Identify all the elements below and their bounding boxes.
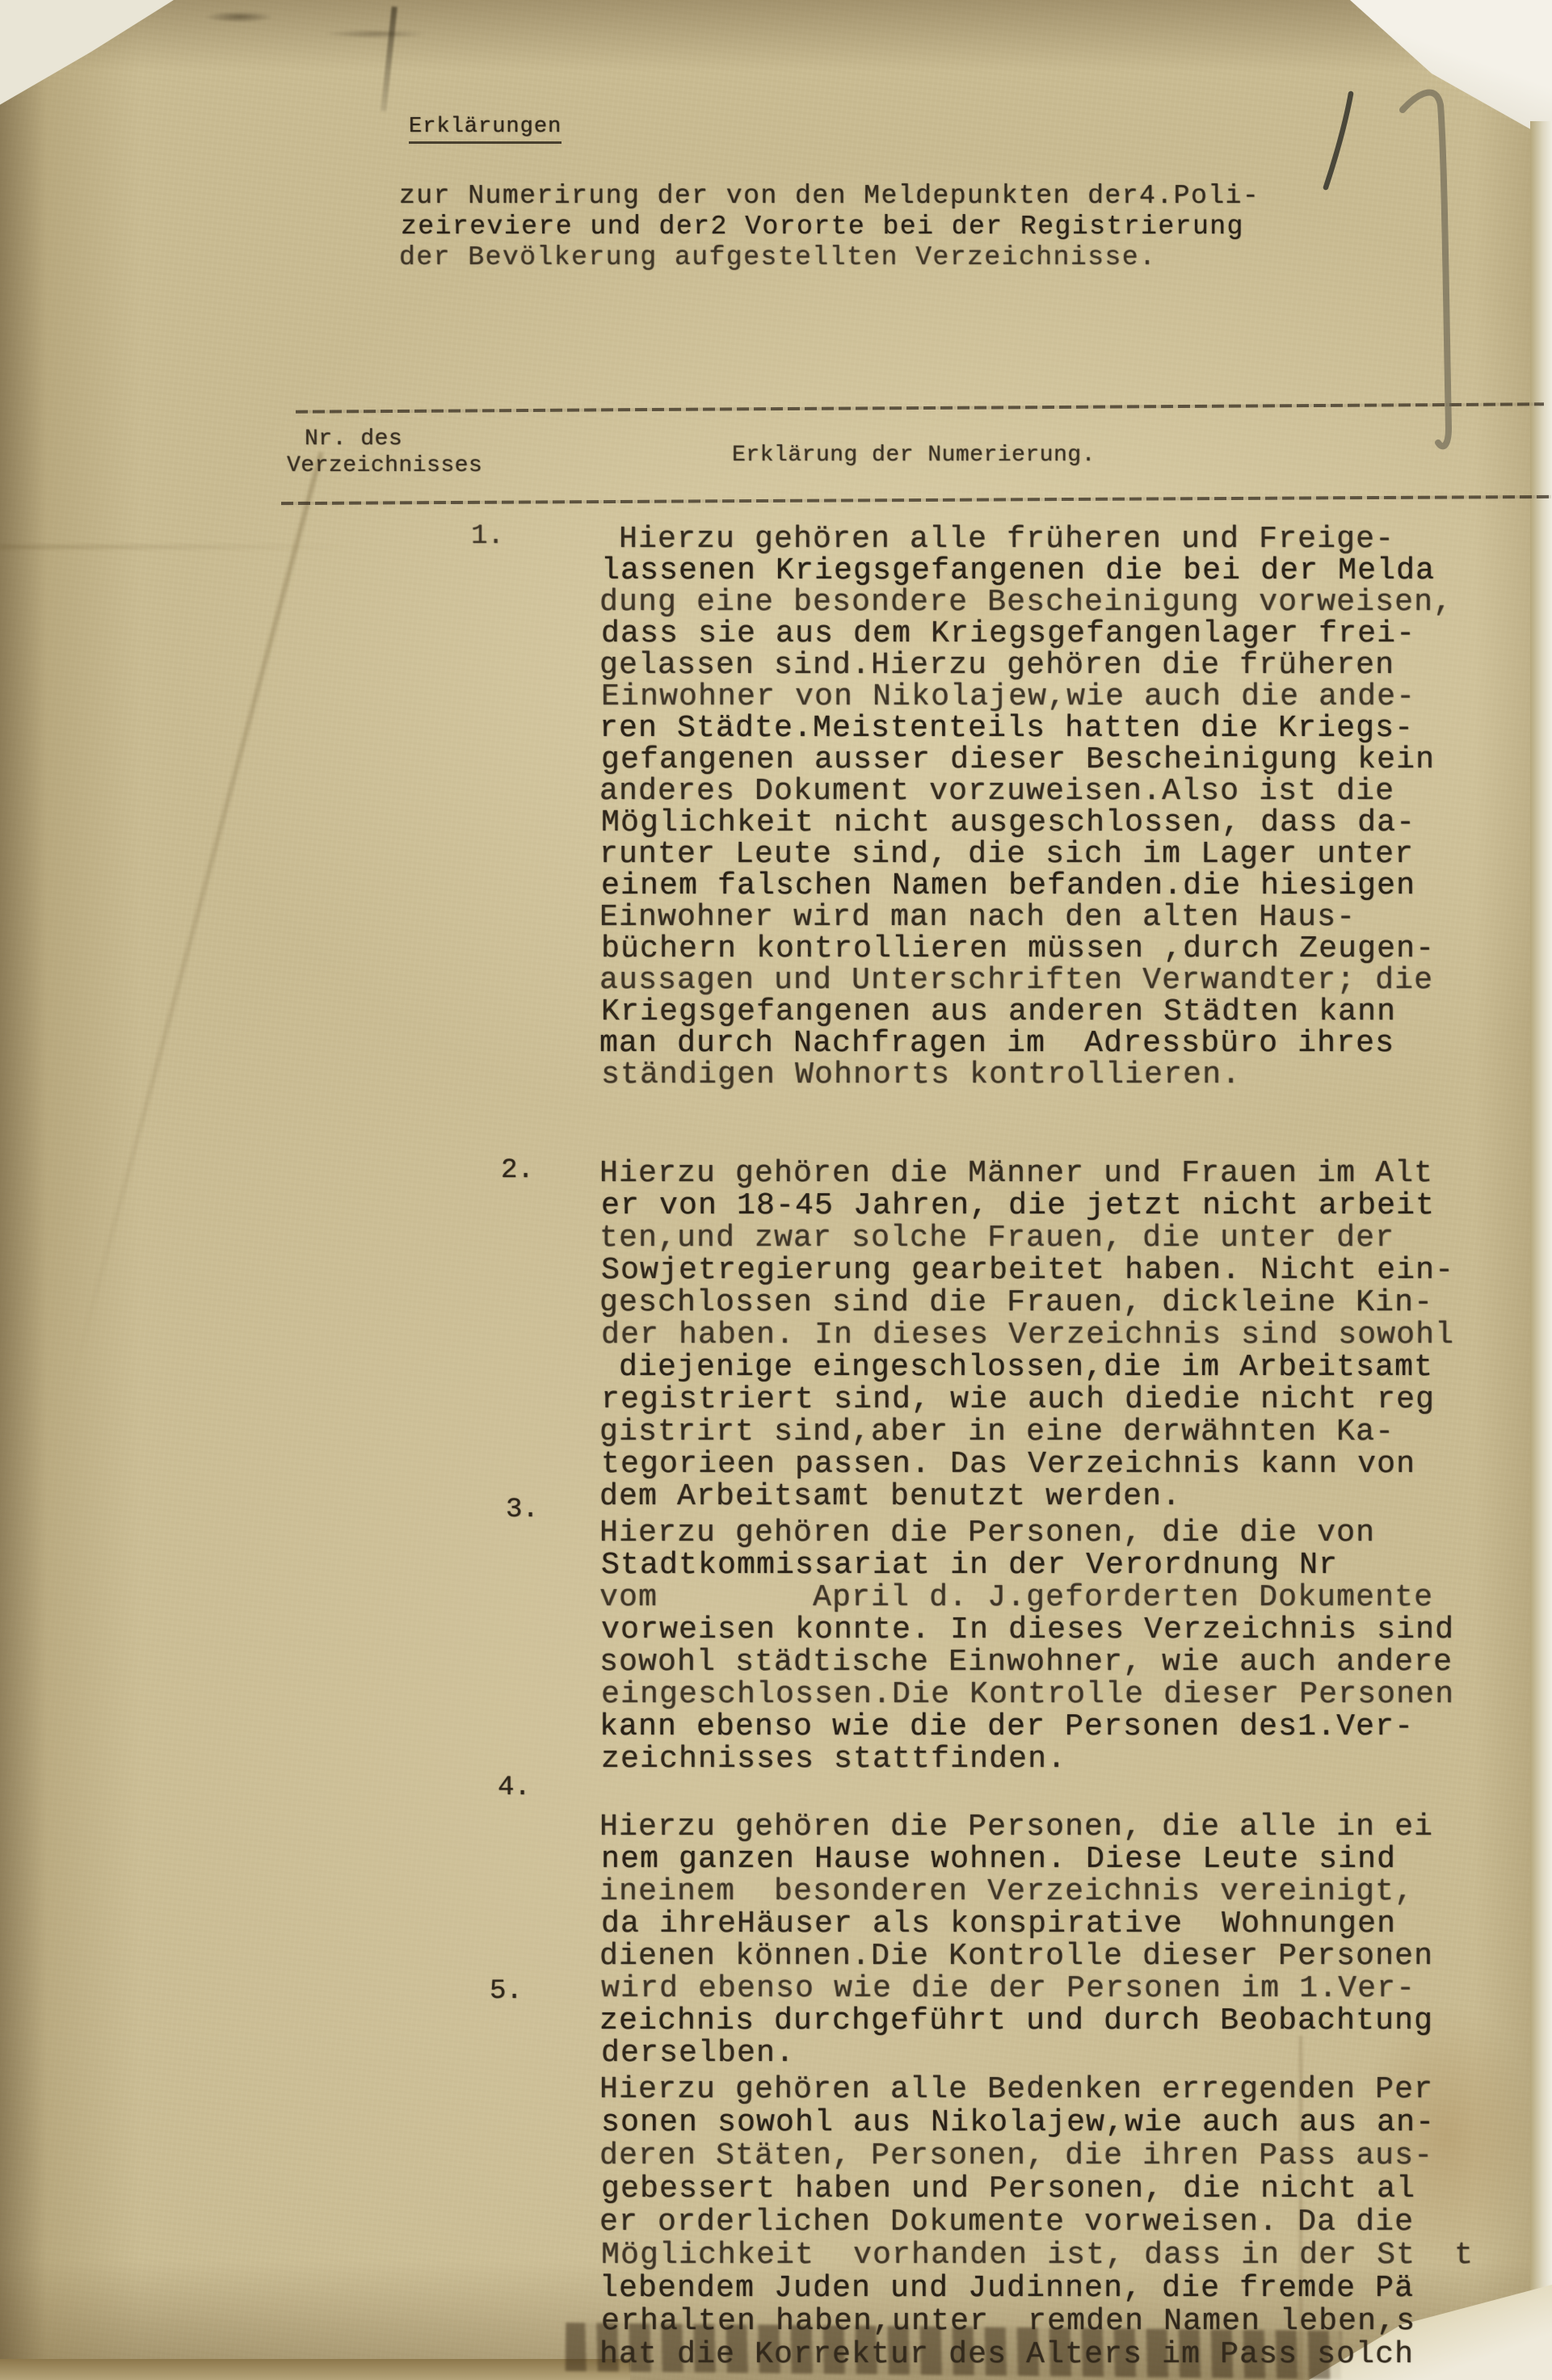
text-line: Sowjetregierung gearbeitet haben. Nicht … bbox=[601, 1255, 1454, 1287]
text-line: dung eine besondere Bescheinigung vorwei… bbox=[599, 587, 1453, 618]
text-line: zeichnis durchgeführt und durch Beobacht… bbox=[599, 2005, 1433, 2037]
text-line: er von 18-45 Jahren, die jetzt nicht arb… bbox=[601, 1190, 1454, 1222]
text-line: ineinem besonderen Verzeichnis vereinigt… bbox=[599, 1876, 1433, 1908]
text-line: lassenen Kriegsgefangenen die bei der Me… bbox=[601, 555, 1454, 587]
entry-number: 2. bbox=[501, 1155, 534, 1186]
column-header-number-line2: Verzeichnisses bbox=[287, 452, 482, 479]
text-line: er orderlichen Dokumente vorweisen. Da d… bbox=[599, 2205, 1472, 2239]
text-line: dem Arbeitsamt benutzt werden. bbox=[599, 1481, 1453, 1513]
text-line: der haben. In dieses Verzeichnis sind so… bbox=[601, 1319, 1454, 1352]
entry-number: 1. bbox=[471, 521, 504, 552]
document-title: Erklärungen bbox=[409, 115, 561, 144]
text-line: Kriegsgefangenen aus anderen Städten kan… bbox=[601, 996, 1454, 1028]
text-line: anderes Dokument vorzuweisen.Also ist di… bbox=[599, 776, 1453, 807]
text-line: dass sie aus dem Kriegsgefangenlager fre… bbox=[601, 618, 1454, 650]
text-line: geschlossen sind die Frauen, dickleine K… bbox=[599, 1287, 1453, 1319]
text-line: registriert sind, wie auch diedie nicht … bbox=[601, 1384, 1454, 1416]
text-line: gelassen sind.Hierzu gehören die frühere… bbox=[599, 650, 1453, 681]
scanned-document: Erklärungen zur Numerirung der von den M… bbox=[0, 0, 1552, 2380]
text-line: Stadtkommissariat in der Verordnung Nr bbox=[601, 1550, 1454, 1582]
text-line: büchern kontrollieren müssen ,durch Zeug… bbox=[601, 933, 1454, 965]
text-line: Hierzu gehören alle früheren und Freige- bbox=[599, 524, 1453, 555]
text-line: Hierzu gehören die Personen, die alle in… bbox=[599, 1811, 1433, 1844]
column-header-number: Nr. des Verzeichnisses bbox=[287, 426, 482, 479]
entry-number: 4. bbox=[498, 1772, 531, 1803]
text-line: gefangenen ausser dieser Bescheinigung k… bbox=[601, 744, 1454, 776]
text-line: ren Städte.Meistenteils hatten die Krieg… bbox=[599, 713, 1453, 744]
entry-text: Hierzu gehören die Personen, die die von… bbox=[599, 1517, 1453, 1776]
text-line: Hierzu gehören die Männer und Frauen im … bbox=[599, 1158, 1453, 1190]
text-line: Hierzu gehören die Personen, die die von bbox=[599, 1517, 1453, 1550]
text-line: sowohl städtische Einwohner, wie auch an… bbox=[599, 1646, 1453, 1679]
text-line: hat die Korrektur des Alters im Pass sol… bbox=[599, 2338, 1472, 2371]
text-line: der Bevölkerung aufgestellten Verzeichni… bbox=[399, 242, 1260, 273]
entry-text: Hierzu gehören alle Bedenken erregenden … bbox=[599, 2073, 1472, 2371]
text-line: kann ebenso wie die der Personen des1.Ve… bbox=[599, 1711, 1453, 1743]
text-line: nem ganzen Hause wohnen. Diese Leute sin… bbox=[601, 1844, 1435, 1876]
text-line: zur Numerirung der von den Meldepunkten … bbox=[399, 181, 1260, 212]
text-line: ten,und zwar solche Frauen, die unter de… bbox=[599, 1222, 1453, 1255]
text-line: Möglichkeit vorhanden ist, dass in der S… bbox=[601, 2239, 1474, 2272]
text-line: ständigen Wohnorts kontrollieren. bbox=[601, 1059, 1454, 1091]
text-line: gebessert haben und Personen, die nicht … bbox=[601, 2172, 1474, 2205]
text-line: derselben. bbox=[601, 2037, 1435, 2070]
text-line: einem falschen Namen befanden.die hiesig… bbox=[601, 870, 1454, 902]
text-line: dienen können.Die Kontrolle dieser Perso… bbox=[599, 1941, 1433, 1973]
text-line: deren Stäten, Personen, die ihren Pass a… bbox=[599, 2139, 1472, 2172]
text-line: eingeschlossen.Die Kontrolle dieser Pers… bbox=[601, 1679, 1454, 1711]
text-line: lebendem Juden und Judinnen, die fremde … bbox=[599, 2272, 1472, 2305]
column-header-number-line1: Nr. des bbox=[287, 426, 482, 452]
text-line: sonen sowohl aus Nikolajew,wie auch aus … bbox=[601, 2106, 1474, 2139]
text-line: Hierzu gehören alle Bedenken erregenden … bbox=[599, 2073, 1472, 2106]
text-line: diejenige eingeschlossen,die im Arbeitsa… bbox=[599, 1352, 1453, 1384]
entry-number: 5. bbox=[490, 1976, 523, 2007]
text-line: wird ebenso wie die der Personen im 1.Ve… bbox=[601, 1973, 1435, 2005]
text-line: man durch Nachfragen im Adressbüro ihres bbox=[599, 1028, 1453, 1059]
document-subtitle: zur Numerirung der von den Meldepunkten … bbox=[399, 181, 1260, 273]
bottom-edge-shadow bbox=[0, 2359, 630, 2380]
text-line: vorweisen konnte. In dieses Verzeichnis … bbox=[601, 1614, 1454, 1646]
text-line: Einwohner wird man nach den alten Haus- bbox=[599, 902, 1453, 933]
text-line: zeireviere und der2 Vororte bei der Regi… bbox=[401, 212, 1261, 242]
text-line: da ihreHäuser als konspirative Wohnungen bbox=[601, 1908, 1435, 1941]
text-line: runter Leute sind, die sich im Lager unt… bbox=[599, 839, 1453, 870]
entry-text: Hierzu gehören alle früheren und Freige-… bbox=[599, 524, 1453, 1091]
text-line: zeichnisses stattfinden. bbox=[601, 1743, 1454, 1776]
text-line: erhalten haben,unter remden Namen leben,… bbox=[601, 2305, 1474, 2338]
entry-text: Hierzu gehören die Personen, die alle in… bbox=[599, 1811, 1433, 2070]
underlying-sheet-right-edge bbox=[1530, 121, 1552, 2302]
text-line: tegorieen passen. Das Verzeichnis kann v… bbox=[601, 1449, 1454, 1481]
text-line: Einwohner von Nikolajew,wie auch die and… bbox=[601, 681, 1454, 713]
entry-number: 3. bbox=[506, 1495, 539, 1525]
column-header-explanation: Erklärung der Numerierung. bbox=[732, 443, 1096, 468]
text-line: Möglichkeit nicht ausgeschlossen, dass d… bbox=[601, 807, 1454, 839]
entry-text: Hierzu gehören die Männer und Frauen im … bbox=[599, 1158, 1453, 1513]
text-line: gistrirt sind,aber in eine derwähnten Ka… bbox=[599, 1416, 1453, 1449]
text-line: aussagen und Unterschriften Verwandter; … bbox=[599, 965, 1453, 996]
text-line: vom April d. J.geforderten Dokumente bbox=[599, 1582, 1453, 1614]
